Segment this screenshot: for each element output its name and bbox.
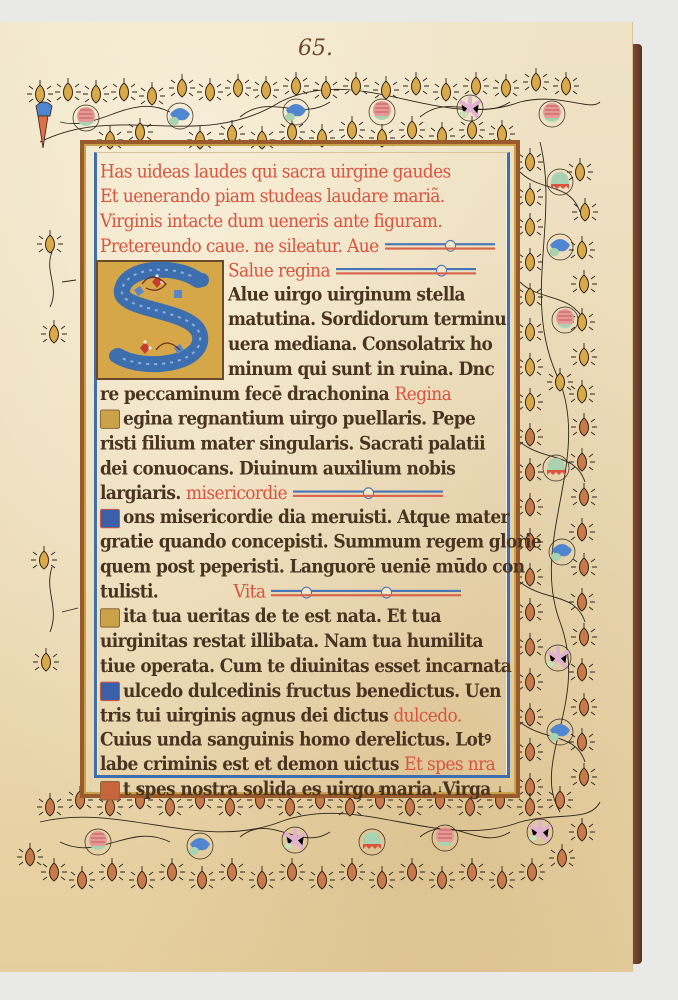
text-line: ulcedo dulcedinis fructus benedictus. Ue… — [100, 679, 502, 704]
text-line: gratie quando concepisti. Summum regem g… — [100, 531, 502, 556]
line-filler — [336, 266, 476, 277]
rubric-heading: Regina — [394, 384, 451, 406]
text-line: tiue operata. Cum te diuinitas esset inc… — [100, 654, 502, 679]
text-line: minum qui sunt in ruina. Dnc — [100, 358, 502, 383]
line-filler — [293, 488, 443, 499]
manuscript-page: 65. — [0, 22, 632, 972]
heading-line: Salue regina — [100, 259, 502, 284]
rubric-heading: dulcedo. — [393, 705, 461, 727]
minor-initial-f — [100, 509, 120, 528]
text-line: Cuius unda sanguinis homo derelictus. Lo… — [100, 729, 502, 754]
text-line: largiaris. misericordie — [100, 481, 502, 506]
text-line: matutina. Sordidorum terminu — [100, 308, 502, 333]
text-line: dei conuocans. Diuinum auxilium nobis — [100, 457, 502, 482]
text-line: ons misericordie dia meruisti. Atque mat… — [100, 506, 502, 531]
manuscript-text: Has uideas laudes qui sacra uirgine gaud… — [100, 160, 502, 803]
minor-initial-d — [100, 682, 120, 701]
minor-initial-e — [100, 781, 120, 800]
rubric-heading: misericordie — [186, 482, 287, 504]
text-line: risti filium mater singularis. Sacrati p… — [100, 432, 502, 457]
line-filler — [271, 587, 461, 598]
text-line: t spes nostra solida es uirgo maria. Vir… — [100, 778, 502, 803]
rubric-heading: Salue regina — [228, 260, 330, 282]
text-line: re peccaminum fecē drachonina Regina — [100, 382, 502, 407]
text-line: uirginitas restat illibata. Nam tua humi… — [100, 630, 502, 655]
left-marginal-sprigs — [31, 230, 67, 671]
text-line: uera mediana. Consolatrix ho — [100, 333, 502, 358]
rubric-line: Et uenerando piam studeas laudare mariã. — [100, 185, 502, 210]
text-line: ita tua ueritas de te est nata. Et tua — [100, 605, 502, 630]
minor-initial-r — [100, 410, 120, 429]
minor-initial-v — [100, 608, 120, 627]
tassel-ornament — [36, 102, 52, 148]
rubric-line: Virginis intacte dum ueneris ante figura… — [100, 209, 502, 234]
line-filler — [385, 241, 495, 252]
text-line: labe criminis est et demon uictus Et spe… — [100, 753, 502, 778]
text-line: tulisti. Vita — [100, 580, 502, 605]
text-line: tris tui uirginis agnus dei dictus dulce… — [100, 704, 502, 729]
rubric-line: Pretereundo caue. ne sileatur. Aue — [100, 234, 502, 259]
rubric-heading: Vita — [233, 581, 265, 603]
text-line: quem post peperisti. Languorē ueniē mūdo… — [100, 556, 502, 581]
rubric-line: Has uideas laudes qui sacra uirgine gaud… — [100, 160, 502, 185]
rubric-heading: Et spes nra — [404, 754, 495, 776]
text-line: Alue uirgo uirginum stella — [100, 284, 502, 309]
text-line: egina regnantium uirgo puellaris. Pepe — [100, 407, 502, 432]
